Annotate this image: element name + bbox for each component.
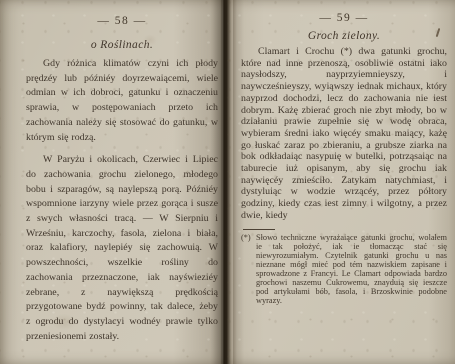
- footnote-rule: [243, 229, 275, 230]
- section-heading-green-peas: Groch zielony.: [241, 30, 447, 42]
- footnote-text: Słowo techniczne wyrażaiące gatunki groc…: [256, 233, 447, 306]
- footnote: (*) Słowo techniczne wyrażaiące gatunki …: [241, 233, 447, 306]
- page-number-right: — 59 —: [241, 12, 447, 24]
- left-page-body: Gdy różnica klimatów czyni ich płody prę…: [26, 57, 218, 344]
- book-scan: — 58 — o Roślinach. Gdy różnica klimatów…: [0, 0, 455, 364]
- footnote-marker: (*): [241, 233, 251, 242]
- paragraph: Gdy różnica klimatów czyni ich płody prę…: [26, 57, 218, 145]
- paragraph: W Paryżu i okolicach, Czerwiec i Lipiec …: [26, 153, 218, 344]
- paragraph: Clamart i Crochu (*) dwa gatunki grochu,…: [241, 46, 447, 222]
- page-number-left: — 58 —: [26, 15, 218, 27]
- right-page-body: Clamart i Crochu (*) dwa gatunki grochu,…: [241, 46, 447, 222]
- section-heading-plants: o Roślinach.: [26, 39, 218, 51]
- right-page: — 59 — Groch zielony. Clamart i Crochu (…: [233, 0, 455, 364]
- left-page-content: — 58 — o Roślinach. Gdy różnica klimatów…: [26, 15, 218, 344]
- left-page: — 58 — o Roślinach. Gdy różnica klimatów…: [0, 0, 222, 364]
- right-page-content: — 59 — Groch zielony. Clamart i Crochu (…: [241, 12, 447, 305]
